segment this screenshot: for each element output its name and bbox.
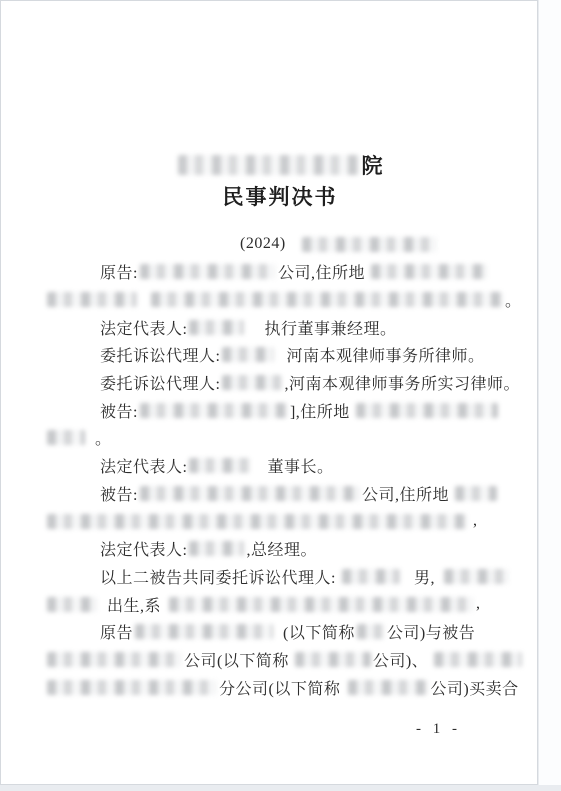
redaction-block xyxy=(189,320,244,335)
text-segment: 民事判决书 xyxy=(223,181,338,211)
redaction-block xyxy=(222,347,274,362)
text-segment: ,河南本观律师事务所实习律师。 xyxy=(284,371,520,394)
text-segment: , xyxy=(476,595,481,613)
redaction-block xyxy=(47,597,97,612)
text-segment: 公司(以下简称 xyxy=(184,648,289,671)
redaction-block xyxy=(140,264,276,279)
text-segment: ],住所地 xyxy=(290,399,350,422)
text-segment: ,总经理。 xyxy=(246,537,317,560)
redaction-block xyxy=(302,237,437,252)
defendant2-address-continuation-line: , xyxy=(45,507,515,535)
redaction-block xyxy=(140,486,360,501)
defendant1-line: 被告:],住所地 xyxy=(45,396,515,424)
plaintiff-line: 原告:公司,住所地 xyxy=(45,258,515,286)
redaction-block xyxy=(140,403,288,418)
text-segment: 法定代表人: xyxy=(100,454,187,477)
redaction-block xyxy=(151,292,503,307)
text-segment: 公司,住所地 xyxy=(278,260,365,283)
plaintiff-legal-rep-line: 法定代表人:执行董事兼经理。 xyxy=(45,313,515,341)
page-number: - 1 - xyxy=(416,721,461,738)
text-segment: 委托诉讼代理人: xyxy=(100,343,220,366)
agent-birth-line: 出生,系, xyxy=(45,590,515,618)
text-segment: 被告: xyxy=(100,399,138,422)
redaction-block xyxy=(47,292,137,307)
text-segment: (以下简称 xyxy=(283,620,355,643)
case-intro-line-2: 公司(以下简称公司)、 xyxy=(45,646,515,674)
redaction-block xyxy=(348,680,428,695)
text-segment: , xyxy=(473,512,478,530)
text-segment: 河南本观律师事务所律师。 xyxy=(286,343,484,366)
redaction-block xyxy=(455,486,497,501)
text-segment: 以上二被告共同委托诉讼代理人: xyxy=(100,565,336,588)
text-segment: 男, xyxy=(414,565,435,588)
redaction-block xyxy=(47,652,182,667)
redaction-block xyxy=(444,569,509,584)
document-page: 院民事判决书(2024)原告:公司,住所地。法定代表人:执行董事兼经理。委托诉讼… xyxy=(0,0,538,785)
defendant2-line: 被告:公司,住所地 xyxy=(45,480,515,508)
defendant1-legal-rep-line: 法定代表人:董事长。 xyxy=(45,452,515,480)
text-segment: 原告 xyxy=(100,620,133,643)
text-segment: 被告: xyxy=(100,482,138,505)
text-segment: (2024) xyxy=(240,235,286,253)
text-segment: 公司,住所地 xyxy=(362,482,449,505)
redaction-block xyxy=(295,652,371,667)
judgment-title-line: 民事判决书 xyxy=(45,180,515,211)
redaction-block xyxy=(189,541,244,556)
text-segment: 执行董事兼经理。 xyxy=(264,316,396,339)
redaction-block xyxy=(222,375,282,390)
text-segment: 法定代表人: xyxy=(100,316,187,339)
redaction-block xyxy=(47,514,467,529)
agent-line-2: 委托诉讼代理人:,河南本观律师事务所实习律师。 xyxy=(45,369,515,397)
case-intro-line-3: 分公司(以下简称公司)买卖合 xyxy=(45,673,515,701)
text-segment: 出生,系 xyxy=(107,593,161,616)
agent-line-1: 委托诉讼代理人:河南本观律师事务所律师。 xyxy=(45,341,515,369)
redaction-block xyxy=(135,624,273,639)
text-segment: 公司)、 xyxy=(373,648,428,671)
text-segment: 原告: xyxy=(100,260,138,283)
text-segment: 分公司(以下简称 xyxy=(219,676,340,699)
redaction-block xyxy=(169,597,474,612)
redaction-block xyxy=(357,624,385,639)
document-body: 院民事判决书(2024)原告:公司,住所地。法定代表人:执行董事兼经理。委托诉讼… xyxy=(1,1,537,701)
screenshot-root: { "colors": { "paper": "#ffffff", "outer… xyxy=(0,0,561,791)
redaction-block xyxy=(356,403,498,418)
redaction-block xyxy=(371,264,487,279)
court-title-line: 院 xyxy=(45,149,515,180)
redaction-block xyxy=(434,652,522,667)
redaction-block xyxy=(47,430,85,445)
text-segment: 委托诉讼代理人: xyxy=(100,371,220,394)
redaction-block xyxy=(47,680,217,695)
text-segment: 。 xyxy=(95,426,112,449)
defendant2-legal-rep-line: 法定代表人:,总经理。 xyxy=(45,535,515,563)
case-number-line: (2024) xyxy=(45,230,515,258)
plaintiff-address-continuation-line: 。 xyxy=(45,286,515,314)
defendant1-address-continuation-line: 。 xyxy=(45,424,515,452)
text-segment: 公司)买卖合 xyxy=(430,676,518,699)
text-segment: 院 xyxy=(362,150,385,180)
page-edge-strip xyxy=(539,0,561,785)
case-intro-line-1: 原告(以下简称公司)与被告 xyxy=(45,618,515,646)
redaction-block xyxy=(178,155,360,175)
redaction-block xyxy=(189,458,251,473)
joint-agent-line: 以上二被告共同委托诉讼代理人:男, xyxy=(45,563,515,591)
redaction-block xyxy=(342,569,400,584)
text-segment: 法定代表人: xyxy=(100,537,187,560)
text-segment: 公司)与被告 xyxy=(387,620,475,643)
text-segment: 董事长。 xyxy=(267,454,333,477)
text-segment: 。 xyxy=(505,288,522,311)
